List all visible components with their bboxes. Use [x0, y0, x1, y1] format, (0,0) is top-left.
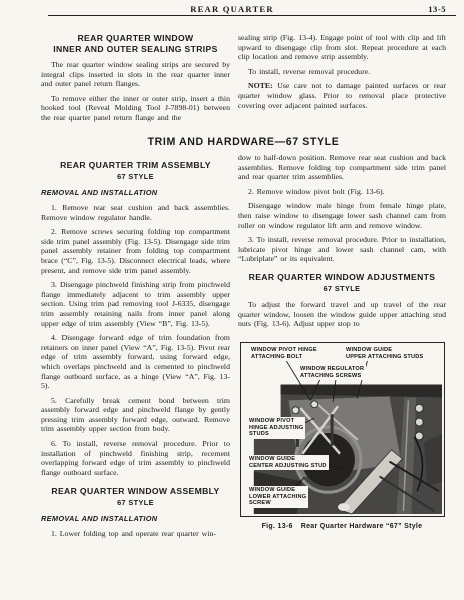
trim-step-6: 6. To install, reverse removal procedure…: [41, 439, 230, 477]
window-step-2: 2. Remove window pivot bolt (Fig. 13-6).: [238, 187, 446, 197]
note-label: NOTE:: [248, 81, 273, 90]
sealing-strips-continuation: sealing strip (Fig. 13-4). Engage point …: [238, 33, 446, 62]
sealing-strips-heading-line2: INNER AND OUTER SEALING STRIPS: [41, 44, 230, 54]
trim-step-4: 4. Disengage forward edge of trim founda…: [41, 333, 230, 391]
left-column-bottom: REAR QUARTER TRIM ASSEMBLY 67 STYLE REMO…: [41, 153, 230, 544]
trim-step-2: 2. Remove screws securing folding top co…: [41, 227, 230, 275]
sealing-strips-heading-line1: REAR QUARTER WINDOW: [41, 33, 230, 43]
figure-caption-number: Fig. 13-6: [262, 523, 293, 530]
manual-page: REAR QUARTER 13-5 REAR QUARTER WINDOW IN…: [0, 0, 464, 600]
window-step-2-detail: Disengage window male hinge from female …: [238, 201, 446, 230]
right-column-top: sealing strip (Fig. 13-4). Engage point …: [238, 33, 446, 115]
label-window-pivot-hinge-adjusting-studs: WINDOW PIVOT HINGE ADJUSTING STUDS: [247, 417, 305, 439]
header-rule: [48, 15, 456, 16]
adjustments-style: 67 STYLE: [238, 284, 446, 293]
trim-step-3: 3. Disengage pinchweld finishing strip f…: [41, 280, 230, 328]
trim-assembly-heading: REAR QUARTER TRIM ASSEMBLY: [41, 160, 230, 170]
figure-caption-text: Rear Quarter Hardware “67” Style: [301, 523, 423, 530]
window-step-1: 1. Lower folding top and operate rear qu…: [41, 529, 230, 539]
sealing-strips-paragraph-2: To remove either the inner or outer stri…: [41, 94, 230, 123]
window-assembly-procedure-heading: REMOVAL AND INSTALLATION: [41, 514, 230, 523]
window-assembly-style: 67 STYLE: [41, 498, 230, 507]
figure-caption: Fig. 13-6Rear Quarter Hardware “67” Styl…: [238, 523, 446, 530]
note-paragraph: NOTE: Use care not to damage painted sur…: [238, 81, 446, 110]
sealing-strips-paragraph-1: The rear quarter window sealing strips a…: [41, 60, 230, 89]
label-window-guide-lower-attaching-screw: WINDOW GUIDE LOWER ATTACHING SCREW: [247, 486, 308, 508]
trim-assembly-style: 67 STYLE: [41, 172, 230, 181]
trim-assembly-procedure-heading: REMOVAL AND INSTALLATION: [41, 188, 230, 197]
adjustments-heading: REAR QUARTER WINDOW ADJUSTMENTS: [238, 272, 446, 282]
left-column-top: REAR QUARTER WINDOW INNER AND OUTER SEAL…: [41, 33, 230, 128]
window-assembly-heading: REAR QUARTER WINDOW ASSEMBLY: [41, 486, 230, 496]
right-column-bottom: dow to half-down position. Remove rear s…: [238, 153, 446, 334]
adjustments-paragraph: To adjust the forward travel and up trav…: [238, 300, 446, 329]
trim-step-1: 1. Remove rear seat cushion and back ass…: [41, 203, 230, 222]
trim-step-5: 5. Carefully break cement bond between t…: [41, 396, 230, 434]
window-step-3: 3. To install, reverse removal procedure…: [238, 235, 446, 264]
label-window-guide-center-adjusting-stud: WINDOW GUIDE CENTER ADJUSTING STUD: [247, 455, 329, 470]
label-window-regulator-attaching-screws: WINDOW REGULATOR ATTACHING SCREWS: [298, 365, 366, 380]
label-window-pivot-hinge-attaching-bolt: WINDOW PIVOT HINGE ATTACHING BOLT: [249, 346, 319, 361]
page-number: 13-5: [428, 4, 446, 14]
window-step-1-continuation: dow to half-down position. Remove rear s…: [238, 153, 446, 182]
figure-13-6: WINDOW PIVOT HINGE ATTACHING BOLT WINDOW…: [240, 342, 445, 517]
page-header-title: REAR QUARTER: [0, 4, 464, 14]
install-paragraph: To install, reverse removal procedure.: [238, 67, 446, 77]
label-window-guide-upper-attaching-studs: WINDOW GUIDE UPPER ATTACHING STUDS: [344, 346, 425, 361]
section-title: TRIM AND HARDWARE—67 STYLE: [41, 136, 446, 148]
